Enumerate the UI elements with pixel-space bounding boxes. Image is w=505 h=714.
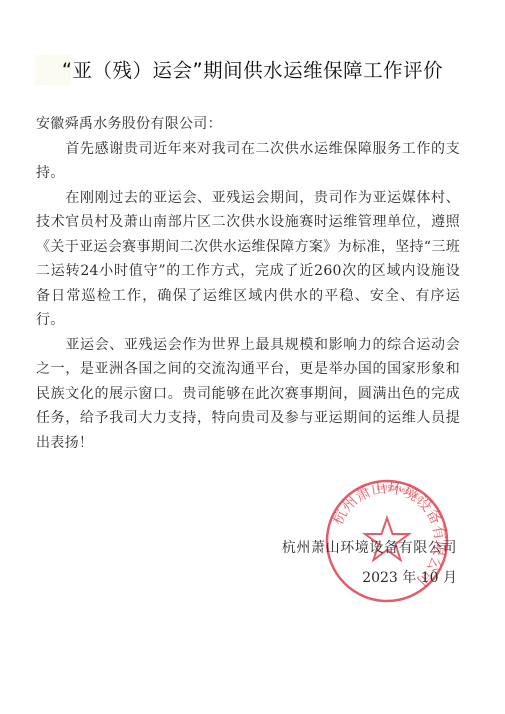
signature-company: 杭州萧山环境设备有限公司 <box>281 537 457 559</box>
document-page: “亚（残）运会”期间供水运维保障工作评价 安徽舜禹水务股份有限公司： 首先感谢贵… <box>0 0 505 714</box>
paragraph-commendation: 亚运会、亚残运会作为世界上最具规模和影响力的综合运动会之一，是亚洲各国之间的交流… <box>36 333 460 456</box>
paragraph-thanks: 首先感谢贵司近年来对我司在二次供水运维保障服务工作的支持。 <box>36 137 460 186</box>
salutation: 安徽舜禹水务股份有限公司： <box>36 112 460 137</box>
paragraph-work-summary: 在刚刚过去的亚运会、亚残运会期间，贵司作为亚运媒体村、技术官员村及萧山南部片区二… <box>36 186 460 333</box>
letter-body: 安徽舜禹水务股份有限公司： 首先感谢贵司近年来对我司在二次供水运维保障服务工作的… <box>36 112 460 455</box>
document-title: “亚（残）运会”期间供水运维保障工作评价 <box>0 58 505 84</box>
signature-date: 2023 年 10 月 <box>360 567 457 589</box>
